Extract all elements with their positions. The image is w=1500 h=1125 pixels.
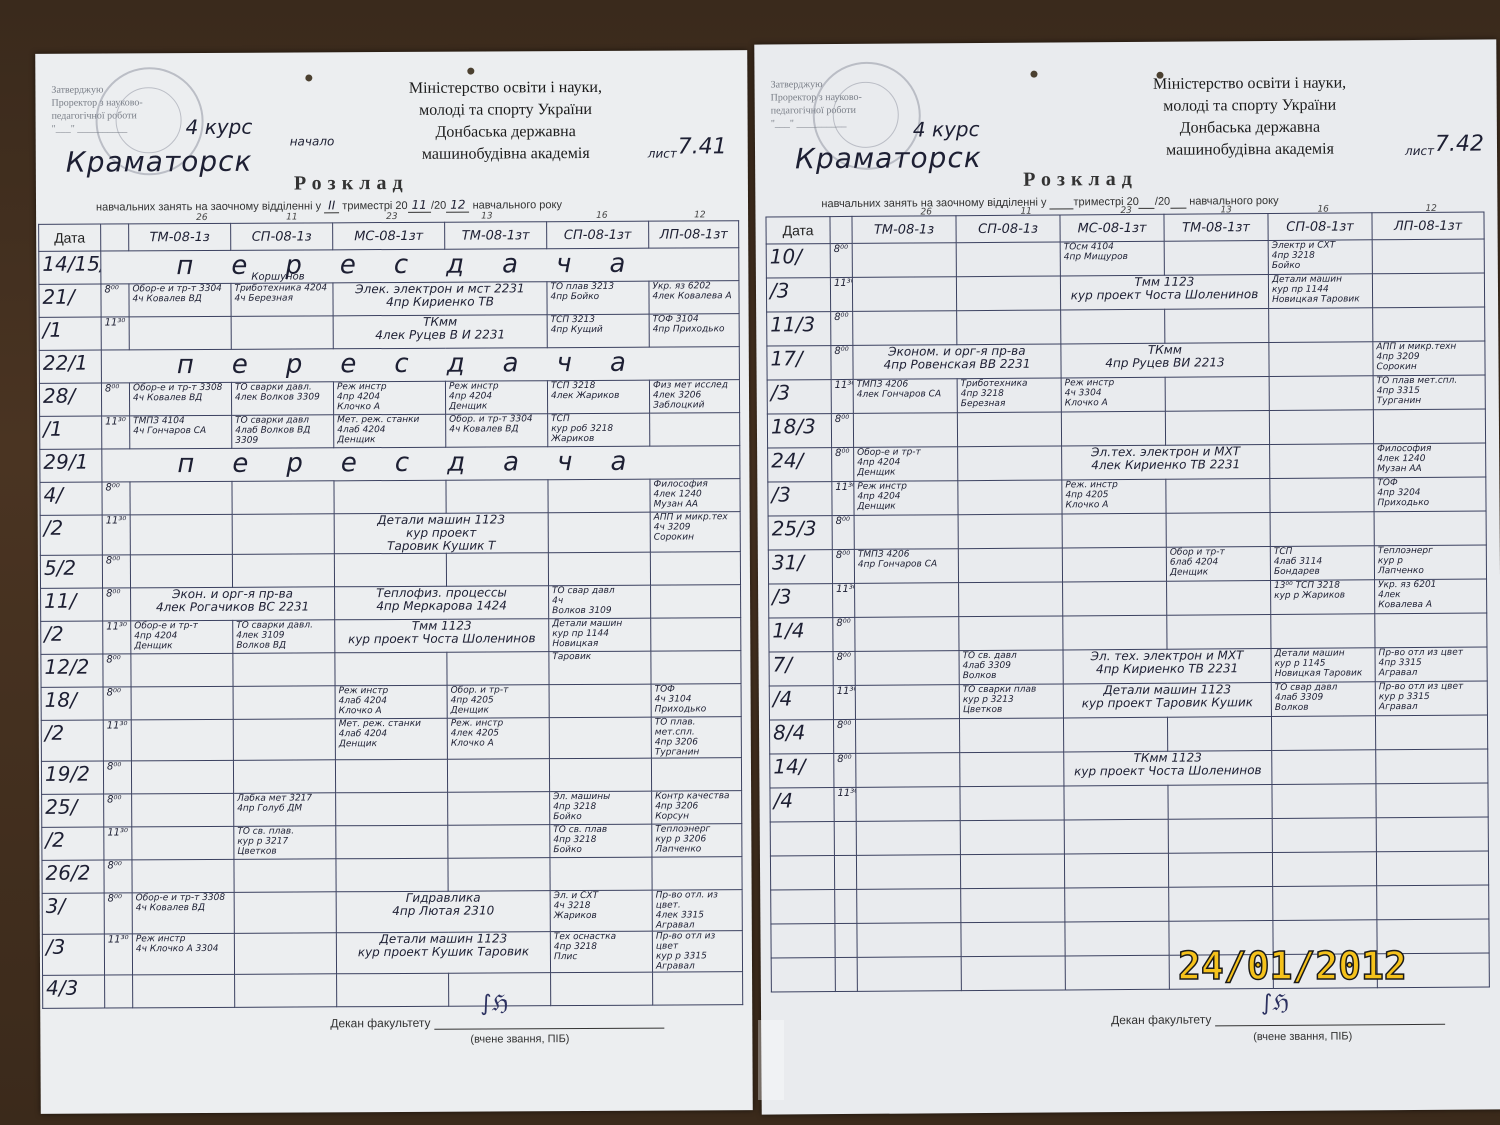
class-cell [233, 760, 335, 794]
class-cell: Реж. инстр 4лек 4205 Клочко А [447, 718, 549, 760]
date-cell: /1 [40, 416, 102, 449]
class-cell: Теплоэнерг кур р Лапченко [1374, 545, 1486, 580]
class-cell: ТКмм 1123 кур проект Чоста Шоленинов [1064, 751, 1272, 786]
time-cell: 11³⁰ [102, 515, 130, 555]
class-cell [1169, 887, 1273, 922]
class-cell: Обор и тр-т 6лаб 4204 Денщик [1166, 547, 1270, 582]
date-cell: 25/ [42, 794, 104, 827]
approval-line: Проректор з науково- [51, 96, 142, 109]
class-cell: ТКмм 4лек Руцев В И 2231 [333, 315, 547, 349]
time-cell: 11³⁰ [104, 827, 132, 860]
class-cell: ТО св. плав. кур р 3217 Цветков [234, 826, 336, 860]
class-cell [855, 651, 959, 686]
date-cell: 18/3 [767, 414, 831, 448]
retake-span-cell: пересдача [101, 347, 739, 383]
class-cell [130, 481, 232, 515]
class-cell: ТО сварки давл 4лаб Волков ВД 3309 [232, 415, 334, 449]
date-cell: 1/4 [769, 618, 833, 652]
class-cell: Обор. и тр-т 4пр 4205 Денщик [447, 685, 549, 719]
class-cell [856, 821, 960, 856]
class-cell [1063, 615, 1167, 650]
time-cell: 11³⁰ [101, 317, 129, 350]
class-cell: Эл. тех. электрон и МХТ 4пр Кириенко ТВ … [1063, 649, 1271, 684]
dean-sublabel: (вчене звання, ПІБ) [1253, 1030, 1352, 1043]
class-cell [336, 792, 448, 826]
class-cell [958, 446, 1062, 481]
time-cell [105, 975, 133, 1008]
table-row: /111³⁰ТКмм 4лек Руцев В И 2231ТСП 3213 4… [39, 314, 739, 351]
table-row: 22/1пересдача [39, 347, 739, 384]
approval-line: "___" __________ [771, 117, 862, 131]
group-count: 23 [386, 212, 398, 222]
class-cell: 13⁰⁰ ТСП 3218 кур р Жариков [1271, 580, 1375, 615]
table-row: 18/38⁰⁰ [767, 409, 1485, 448]
subtitle-text: навчального року [473, 199, 562, 211]
group-column-header: МС-08-1зт [333, 222, 445, 250]
date-cell: 14/ [770, 754, 834, 788]
class-cell [956, 242, 1060, 277]
class-cell [232, 481, 334, 515]
class-cell [1064, 853, 1168, 888]
group-column-header: ЛП-08-1зт [649, 221, 739, 248]
class-cell: Триботехника 4пр 3218 Березная [957, 378, 1061, 413]
class-cell [1377, 885, 1489, 920]
table-row: 14/15/1пересдачаКоршунов [39, 248, 739, 285]
class-cell: ТМПЗ 4104 4ч Гончаров СА [130, 415, 232, 449]
document-title: Розклад [1023, 168, 1138, 192]
class-cell [335, 652, 447, 686]
class-cell [1376, 851, 1488, 886]
class-cell [447, 759, 549, 793]
subtitle-text: /20 [431, 200, 446, 212]
class-cell [857, 923, 961, 958]
class-cell: Элек. электрон и мст 2231 4пр Кириенко Т… [333, 282, 547, 316]
table-row: 17/8⁰⁰Эконом. и орг-я пр-ва 4пр Ровенска… [767, 341, 1485, 380]
table-row: 25/8⁰⁰Лабка мет 3217 4пр Голуб ДМЭл. маш… [42, 791, 742, 828]
class-cell [1063, 717, 1167, 752]
class-cell: Тмм 1123 кур проект Чоста Шоленинов [335, 619, 549, 653]
group-column-header: СП-08-1зт [547, 221, 649, 249]
class-cell: Детали машин 1123 кур проект Таровик Куш… [1063, 683, 1271, 718]
table-row: 18/8⁰⁰Реж инстр 4лаб 4204 Клочко АОбор. … [41, 684, 741, 721]
class-cell [133, 974, 235, 1008]
class-cell: Обор-е и тр-т 4пр 4204 Денщик [854, 447, 958, 482]
class-cell: Реж инстр 4пр 4204 Клочко А [333, 381, 445, 415]
time-cell [835, 957, 857, 991]
class-cell [1272, 818, 1376, 853]
schedule-sheet-left: Затверджую Проректор з науково- педагогі… [35, 50, 753, 1114]
table-row: /211³⁰Мет. реж. станки 4лаб 4204 ДенщикР… [41, 717, 741, 762]
retake-note: Коршунов [251, 271, 304, 282]
start-note: начало [290, 134, 335, 148]
date-cell: 10/ [766, 244, 830, 278]
class-cell [1273, 886, 1377, 921]
class-cell: ТО плав. мет.спл. 4пр 3206 Турганин [651, 717, 741, 758]
class-cell [958, 480, 1062, 515]
retake-span-cell: пересдача [102, 446, 740, 482]
city-label: Краматорск [66, 145, 253, 179]
date-cell: 29/1 [40, 449, 102, 482]
class-cell: Детали машин кур р 1145 Новицкая Таровик [1271, 648, 1375, 683]
class-cell [336, 825, 448, 859]
class-cell [337, 973, 449, 1007]
time-cell: 8⁰⁰ [101, 383, 129, 416]
class-cell [960, 786, 1064, 821]
time-cell: 8⁰⁰ [832, 549, 854, 583]
group-column-header: СП-08-1з [231, 223, 333, 251]
date-cell: 3/ [42, 893, 104, 934]
time-column-header [830, 216, 852, 243]
class-cell [234, 859, 336, 893]
approval-line: "___" __________ [52, 122, 143, 135]
class-cell [1167, 581, 1271, 616]
group-column-header: СП-08-1зт [1268, 213, 1372, 241]
class-cell [856, 855, 960, 890]
course-label: 4 курс [186, 115, 253, 139]
class-cell: Пр-во отл из цвет кур р 3315 Агравал [1375, 681, 1487, 716]
class-cell [1272, 784, 1376, 819]
class-cell: ТО сварки плав кур р 3213 Цветков [959, 684, 1063, 719]
class-cell [1376, 749, 1488, 784]
class-cell [651, 585, 741, 618]
date-cell: 28/ [39, 383, 101, 416]
approval-line: Затверджую [51, 83, 142, 96]
class-cell [1375, 613, 1487, 648]
class-cell [1372, 239, 1484, 274]
class-cell: Пр-во отл. из цвет. 4лек 3315 Агравал [652, 890, 742, 931]
class-cell [1165, 377, 1269, 412]
time-cell [834, 855, 856, 889]
time-cell: 8⁰⁰ [830, 243, 852, 277]
class-cell [1065, 887, 1169, 922]
class-cell: ТО плав мет.спл. 4пр 3315 Турганин [1373, 375, 1485, 410]
date-cell: /2 [41, 720, 103, 761]
class-cell [1168, 785, 1272, 820]
class-cell [961, 922, 1065, 957]
class-cell [1269, 342, 1373, 377]
class-cell [653, 972, 743, 1005]
date-cell: 19/2 [41, 761, 103, 794]
table-row: /311³⁰ТМПЗ 4206 4лек Гончаров САТриботех… [767, 375, 1485, 414]
class-cell [1372, 273, 1484, 308]
date-column-header: Дата [766, 217, 830, 244]
time-cell: 11³⁰ [102, 416, 130, 449]
class-cell [131, 760, 233, 794]
group-count: 12 [694, 210, 706, 220]
class-cell [233, 653, 335, 687]
class-cell: Эконом. и орг-я пр-ва 4пр Ровенская ВВ 2… [853, 344, 1061, 379]
ministry-line: молоді та спорту України [1105, 94, 1395, 118]
class-cell [855, 685, 959, 720]
time-cell: 8⁰⁰ [101, 284, 129, 317]
date-cell: 24/ [768, 448, 832, 482]
ministry-line: Донбаська державна [1105, 116, 1395, 140]
table-row: /311³⁰Тмм 1123 кур проект Чоста Шоленино… [766, 273, 1484, 312]
time-column-header [101, 224, 129, 251]
class-cell: Реж инстр 4ч 3304 Клочко А [1061, 377, 1165, 412]
class-cell: АПП и микр.тех 4ч 3209 Сорокин [650, 512, 740, 552]
time-cell: 11³⁰ [833, 583, 855, 617]
class-cell [652, 857, 742, 890]
time-cell: 8⁰⁰ [104, 893, 132, 934]
class-cell [1269, 308, 1373, 343]
class-cell [856, 753, 960, 788]
table-row [770, 817, 1488, 856]
class-cell [1065, 955, 1169, 990]
class-cell [960, 752, 1064, 787]
class-cell [335, 759, 447, 793]
class-cell [548, 552, 650, 586]
class-cell: Обор-е и тр-т 3308 4ч Ковалев ВД [132, 892, 234, 934]
time-cell [834, 821, 856, 855]
time-cell: 11³⁰ [104, 934, 132, 975]
class-cell: ТСП кур роб 3218 Жариков [548, 413, 650, 447]
class-cell [956, 276, 1060, 311]
class-cell: Эл. машины 4пр 3218 Бойко [550, 791, 652, 825]
group-count: 26 [196, 213, 208, 223]
pin-hole [1030, 71, 1037, 78]
class-cell [132, 826, 234, 860]
class-cell [234, 933, 336, 975]
class-cell [852, 243, 956, 278]
approval-line: Затверджую [771, 78, 862, 92]
class-cell [551, 972, 653, 1006]
table-row: 5/28⁰⁰ [40, 552, 740, 589]
class-cell [1167, 717, 1271, 752]
class-cell: ТСП 3213 4пр Кущий [547, 314, 649, 348]
class-cell [958, 514, 1062, 549]
date-cell: 14/15/1 [39, 251, 101, 284]
class-cell: ТОФ 4пр 3204 Приходько [1374, 477, 1486, 512]
class-cell [650, 552, 740, 585]
date-cell: 26/2 [42, 860, 104, 893]
class-cell [446, 480, 548, 514]
ministry-header: Міністерство освіти і науки, молоді та с… [365, 77, 645, 166]
class-cell [448, 825, 550, 859]
class-cell [234, 892, 336, 934]
class-cell: Детали машин 1123 кур проект Таровик Куш… [334, 513, 548, 554]
date-cell [771, 924, 835, 958]
class-cell [334, 480, 446, 514]
class-cell [960, 854, 1064, 889]
class-cell [957, 412, 1061, 447]
date-cell: 18/ [41, 687, 103, 720]
date-cell: 22/1 [39, 350, 101, 383]
class-cell: Укр. яз 6202 4лек Ковалева А [649, 281, 739, 314]
table-row: /211³⁰Детали машин 1123 кур проект Таров… [40, 512, 740, 556]
class-cell [235, 974, 337, 1008]
class-cell [334, 553, 446, 587]
class-cell: Реж инстр 4пр 4204 Денщик [854, 481, 958, 516]
class-cell [129, 316, 231, 350]
class-cell: Мет. реж. станки 4лаб 4204 Денщик [335, 718, 447, 760]
class-cell: Экон. и орг-я пр-ва 4лек Рогачиков ВС 22… [131, 587, 335, 621]
class-cell: Детали машин кур пр 1144 Новицкая [549, 618, 651, 652]
dean-label: Декан факультету [330, 1016, 430, 1031]
date-cell [770, 856, 834, 890]
class-cell [959, 582, 1063, 617]
sheet-word: лист [1405, 144, 1434, 158]
class-cell [232, 514, 334, 555]
class-cell: ТСП 3218 4лек Жариков [547, 380, 649, 414]
table-header-row: ДатаТМ-08-1зСП-08-1зМС-08-1зтТМ-08-1зтСП… [39, 221, 739, 252]
table-row: 1/48⁰⁰ [769, 613, 1487, 652]
table-row: 19/28⁰⁰ [41, 758, 741, 795]
date-cell: 17/ [767, 346, 831, 380]
class-cell: Таровик [549, 651, 651, 685]
class-cell: ТО плав 3213 4пр Бойко [547, 281, 649, 315]
time-cell: 11³⁰ [832, 481, 854, 515]
date-column-header: Дата [39, 224, 101, 251]
class-cell [231, 316, 333, 350]
time-cell: 8⁰⁰ [102, 482, 130, 515]
class-cell [1271, 716, 1375, 751]
table-row: 25/38⁰⁰ [768, 511, 1486, 550]
class-cell [854, 515, 958, 550]
class-cell [857, 889, 961, 924]
time-cell: 8⁰⁰ [103, 654, 131, 687]
class-cell [853, 413, 957, 448]
class-cell: ТО св. давл 4лаб 3309 Волков [959, 650, 1063, 685]
class-cell: Реж. инстр 4пр 4205 Клочко А [1062, 479, 1166, 514]
date-cell: 21/ [39, 284, 101, 317]
class-cell [1061, 411, 1165, 446]
group-count: 16 [596, 211, 608, 221]
class-cell [131, 686, 233, 720]
time-cell: 8⁰⁰ [833, 617, 855, 651]
table-row: /211³⁰ТО св. плав. кур р 3217 ЦветковТО … [42, 824, 742, 861]
approval-block: Затверджую Проректор з науково- педагогі… [51, 83, 142, 135]
year-to-value: 12 [446, 198, 469, 213]
date-cell: /2 [40, 515, 102, 555]
ministry-line: Міністерство освіти і науки, [1104, 72, 1394, 96]
group-column-header: МС-08-1зт [1060, 214, 1164, 242]
class-cell [957, 310, 1061, 345]
class-cell: Детали машин кур пр 1144 Новицкая Тарови… [1268, 274, 1372, 309]
class-cell [855, 583, 959, 618]
date-cell: /1 [39, 317, 101, 350]
pin-hole [467, 68, 474, 75]
ministry-line: машинобудівна академія [366, 143, 646, 166]
date-cell: 31/ [768, 550, 832, 584]
group-column-header: ЛП-08-1зт [1372, 212, 1484, 240]
class-cell: ТКмм 4пр Руцев ВИ 2213 [1061, 343, 1269, 378]
class-cell: ТОФ 3104 4пр Приходько [649, 314, 739, 347]
time-cell: 11³⁰ [834, 787, 856, 821]
ministry-line: Міністерство освіти і науки, [365, 77, 645, 100]
class-cell [132, 859, 234, 893]
date-cell: /2 [41, 621, 103, 654]
class-cell [1269, 410, 1373, 445]
document-title: Розклад [294, 172, 409, 196]
time-cell: 11³⁰ [831, 379, 853, 413]
table-row: 24/8⁰⁰Обор-е и тр-т 4пр 4204 ДенщикЭл.те… [768, 443, 1486, 482]
class-cell: Эл.тех. электрон и МХТ 4лек Кириенко ТВ … [1062, 445, 1270, 480]
time-cell: 8⁰⁰ [832, 447, 854, 481]
date-cell [771, 890, 835, 924]
class-cell [1164, 241, 1268, 276]
class-cell [855, 719, 959, 754]
class-cell [1376, 783, 1488, 818]
table-row: 11/8⁰⁰Экон. и орг-я пр-ва 4лек Рогачиков… [41, 585, 741, 622]
table-row: 11/38⁰⁰ [767, 307, 1485, 346]
class-cell: Тмм 1123 кур проект Чоста Шоленинов [1060, 275, 1268, 310]
date-cell: 8/4 [769, 720, 833, 754]
camera-date-stamp: 24/01/2012 [1178, 944, 1407, 988]
class-cell [130, 554, 232, 588]
approval-line: педагогічної роботи [771, 104, 862, 118]
time-cell: 11³⁰ [103, 720, 131, 761]
time-cell: 8⁰⁰ [103, 588, 131, 621]
table-row: 21/8⁰⁰Обор-е и тр-т 3304 4ч Ковалев ВДТр… [39, 281, 739, 318]
time-cell [835, 889, 857, 923]
class-cell [959, 616, 1063, 651]
class-cell: Триботехника 4204 4ч Березная [231, 283, 333, 317]
class-cell [853, 311, 957, 346]
table-row: 28/8⁰⁰Обор-е и тр-т 3308 4ч Ковалев ВДТО… [39, 380, 739, 417]
sheet-number: 7.41 [678, 134, 727, 159]
class-cell: Теплофиз. процессы 4пр Меркарова 1424 [335, 586, 549, 620]
class-cell [549, 684, 651, 718]
class-cell [960, 820, 1064, 855]
approval-line: педагогічної роботи [52, 109, 143, 122]
class-cell: ТО свар давл 4лаб 3309 Волков [1271, 682, 1375, 717]
table-row: 14/8⁰⁰ТКмм 1123 кур проект Чоста Шоленин… [770, 749, 1488, 788]
class-cell: ТО св. плав 4пр 3218 Бойко [550, 824, 652, 858]
group-column-header: ТМ-08-1з [852, 216, 956, 244]
class-cell [1062, 547, 1166, 582]
table-row: 4/8⁰⁰Философия 4лек 1240 Музан АА [40, 479, 740, 516]
class-cell: Философия 4лек 1240 Музан АА [1374, 443, 1486, 478]
date-cell: 4/3 [43, 975, 105, 1008]
class-cell: ТО сварки давл. 4лек Волков 3309 [231, 382, 333, 416]
class-cell [855, 617, 959, 652]
table-row: /211³⁰Обор-е и тр-т 4пр 4204 ДенщикТО св… [41, 618, 741, 655]
time-cell: 11³⁰ [830, 277, 852, 311]
table-row: 7/8⁰⁰ТО св. давл 4лаб 3309 ВолковЭл. тех… [769, 647, 1487, 686]
date-cell: /3 [768, 482, 832, 516]
class-cell [1166, 479, 1270, 514]
class-cell [549, 758, 651, 792]
table-row [770, 851, 1488, 890]
time-cell: 11³⁰ [103, 621, 131, 654]
table-row: /111³⁰ТМПЗ 4104 4ч Гончаров САТО сварки … [40, 413, 740, 450]
date-cell: 4/ [40, 482, 102, 515]
class-cell [1165, 411, 1269, 446]
class-cell [961, 888, 1065, 923]
class-cell: ТМПЗ 4206 4лек Гончаров СА [853, 379, 957, 414]
class-cell: ТМПЗ 4206 4пр Гончаров СА [854, 549, 958, 584]
group-count: 13 [481, 211, 493, 221]
class-cell [1271, 614, 1375, 649]
signature-underline [1215, 1010, 1445, 1027]
class-cell: Обор. и тр-т 3304 4ч Ковалев ВД [446, 414, 548, 448]
class-cell [232, 554, 334, 588]
time-cell: 8⁰⁰ [831, 413, 853, 447]
time-cell: 8⁰⁰ [833, 719, 855, 753]
dean-sublabel: (вчене звання, ПІБ) [470, 1033, 569, 1046]
schedule-table: ДатаТМ-08-1зСП-08-1зМС-08-1зтТМ-08-1зтСП… [765, 212, 1489, 993]
year-from-value: 11 [408, 198, 431, 213]
class-cell [1064, 785, 1168, 820]
group-count: 11 [286, 213, 298, 223]
class-cell [548, 479, 650, 513]
course-label: 4 курс [913, 117, 980, 141]
date-cell: /4 [769, 686, 833, 720]
time-cell: 8⁰⁰ [832, 515, 854, 549]
class-cell [651, 618, 741, 651]
class-cell [1270, 478, 1374, 513]
